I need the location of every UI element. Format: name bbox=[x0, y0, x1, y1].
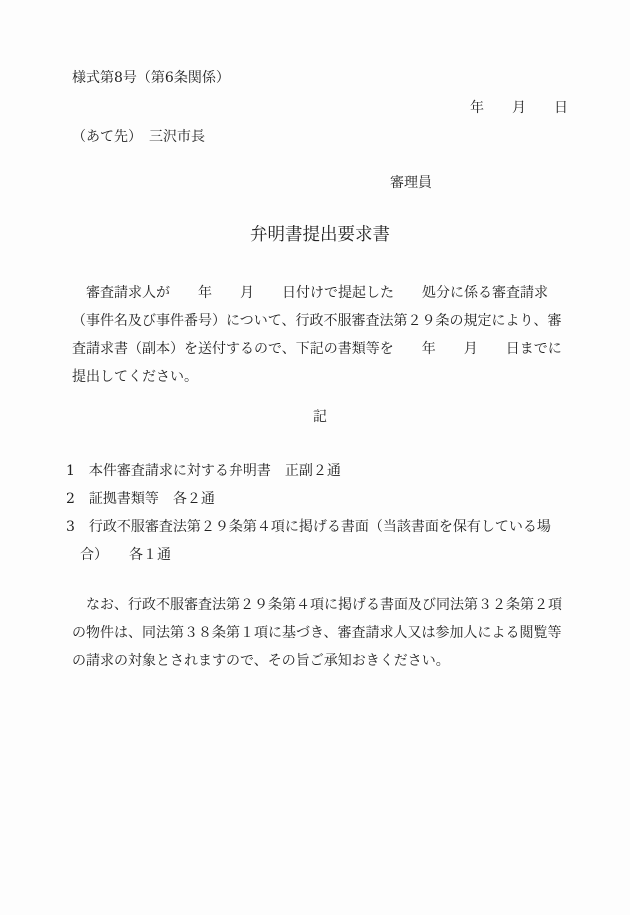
examiner-label: 審理員 bbox=[72, 175, 568, 191]
note-paragraph-line: なお、行政不服審査法第２９条第４項に掲げる書面及び同法第３２条第２項 bbox=[72, 591, 568, 619]
note-paragraph: なお、行政不服審査法第２９条第４項に掲げる書面及び同法第３２条第２項 の物件は、… bbox=[72, 591, 568, 675]
record-heading: 記 bbox=[72, 407, 568, 427]
required-documents-list: 1 本件審査請求に対する弁明書 正副２通 2 証拠書類等 各２通 3 行政不服審… bbox=[66, 457, 568, 569]
note-paragraph-line: の物件は、同法第３８条第１項に基づき、審査請求人又は参加人による閲覧等 bbox=[72, 619, 568, 647]
addressee-line: （あて先） 三沢市長 bbox=[72, 129, 568, 145]
body-paragraph-line: 提出してください。 bbox=[72, 363, 568, 391]
body-paragraph-line: （事件名及び事件番号）について、行政不服審査法第２９条の規定により、審 bbox=[72, 307, 568, 335]
document-title: 弁明書提出要求書 bbox=[72, 223, 568, 247]
body-paragraph: 審査請求人が 年 月 日付けで提起した 処分に係る審査請求 （事件名及び事件番号… bbox=[72, 279, 568, 391]
note-paragraph-line: の請求の対象とされますので、その旨ご承知おきください。 bbox=[72, 647, 568, 675]
list-item: 1 本件審査請求に対する弁明書 正副２通 bbox=[66, 457, 568, 485]
body-paragraph-line: 査請求書（副本）を送付するので、下記の書類等を 年 月 日までに bbox=[72, 335, 568, 363]
document-page: 様式第8号（第6条関係） 年 月 日 （あて先） 三沢市長 審理員 弁明書提出要… bbox=[0, 0, 630, 915]
list-item: 2 証拠書類等 各２通 bbox=[66, 485, 568, 513]
form-number: 様式第8号（第6条関係） bbox=[72, 70, 568, 86]
list-item-continuation: 合） 各１通 bbox=[66, 541, 568, 569]
date-line: 年 月 日 bbox=[72, 100, 568, 116]
list-item: 3 行政不服審査法第２９条第４項に掲げる書面（当該書面を保有している場 bbox=[66, 513, 568, 541]
body-paragraph-line: 審査請求人が 年 月 日付けで提起した 処分に係る審査請求 bbox=[72, 279, 568, 307]
